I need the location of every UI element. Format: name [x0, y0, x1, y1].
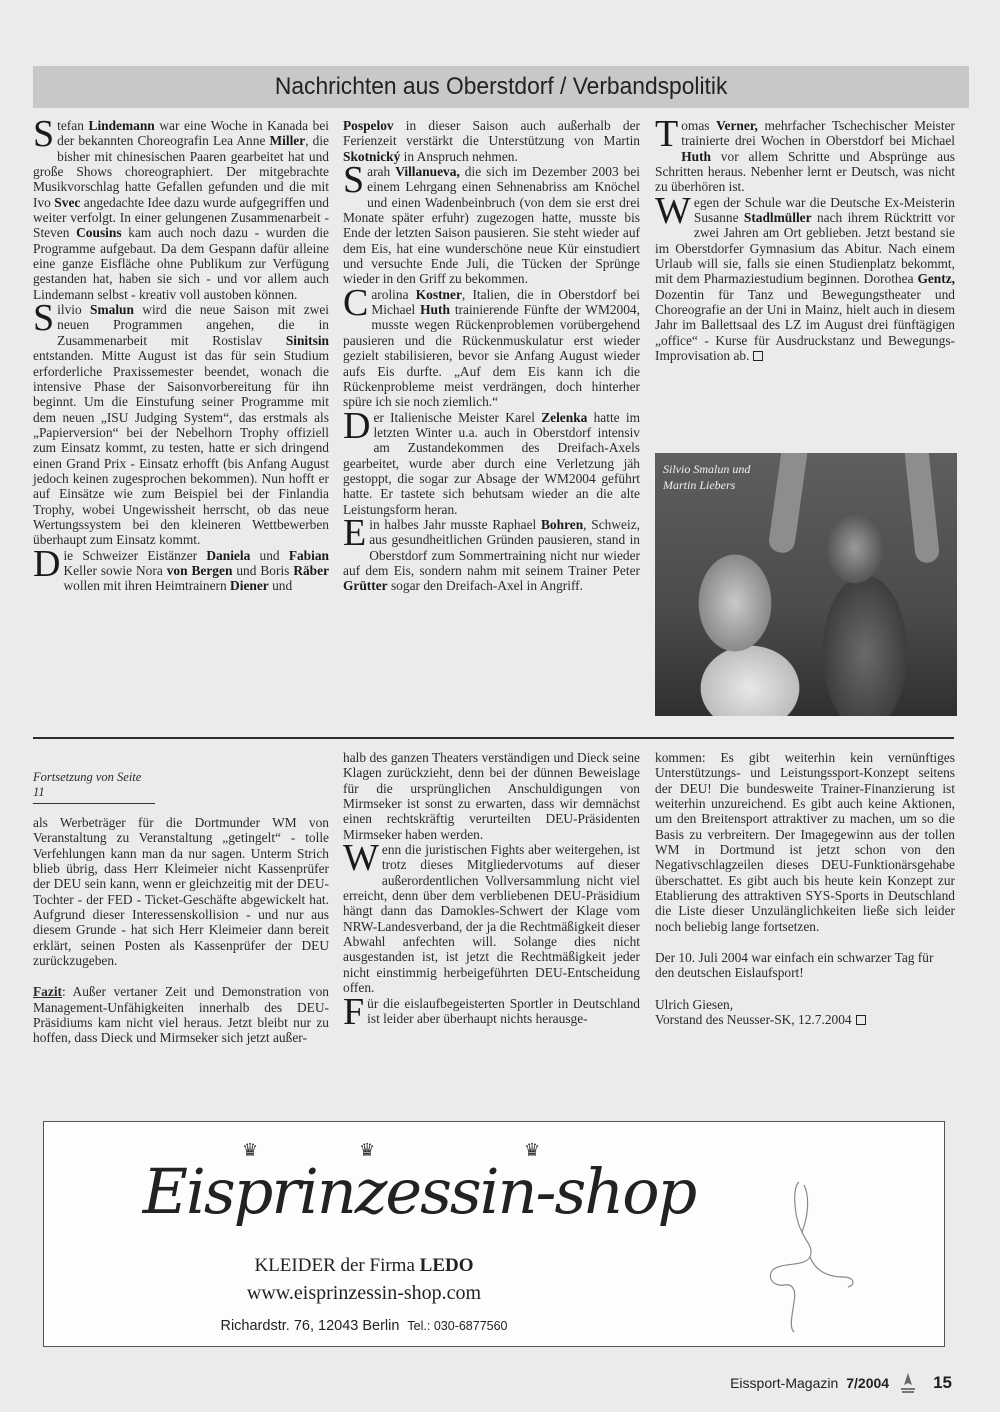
figure-skater-illustration: [744, 1177, 864, 1337]
paragraph-verner: Tomas Verner, mehrfacher Tschechischer M…: [655, 118, 955, 195]
page-title: Nachrichten aus Oberstdorf / Verbandspol…: [275, 73, 727, 101]
text: die sich im Dezember 2003 bei einem Lehr…: [343, 164, 640, 286]
name-highlight: Bohren: [541, 517, 583, 532]
spacer: [655, 934, 955, 950]
text: trainierende Fünfte der WM2004, musste w…: [343, 302, 640, 409]
address: Richardstr. 76, 12043 Berlin: [220, 1318, 399, 1334]
continued-from-label: Fortsetzung von Seite 11: [33, 770, 155, 804]
text: Keller sowie Nora: [63, 563, 166, 578]
paragraph-zelenka: Der Italienische Meister Karel Zelenka h…: [343, 410, 640, 517]
name-highlight: Gentz,: [917, 271, 955, 286]
text: hatte im letzten Winter u.a. auch in Obe…: [343, 410, 640, 517]
paragraph-theater: halb des ganzen Theaters verständigen un…: [343, 750, 640, 842]
text: und: [250, 548, 289, 563]
photo-arm-shape: [767, 453, 808, 554]
name-highlight: Räber: [293, 563, 329, 578]
drop-cap: W: [655, 197, 691, 226]
name-highlight: Fabian: [289, 548, 329, 563]
end-of-article-square-icon: [856, 1015, 866, 1025]
advertisement-eisprinzessin[interactable]: ♛ ♛ ♛ Eisprinzessin-shop KLEIDER der Fir…: [43, 1121, 945, 1347]
text: tefan: [57, 118, 88, 133]
spacer: [655, 981, 955, 997]
page-number: 15: [933, 1373, 952, 1393]
drop-cap: W: [343, 844, 379, 873]
paragraph-stadlmueller: Wegen der Schule war die Deutsche Ex-Mei…: [655, 195, 955, 364]
ad-url-link[interactable]: www.eisprinzessin-shop.com: [44, 1282, 684, 1305]
name-highlight: Sinitsin: [286, 333, 329, 348]
skate-wing-logo-icon: [897, 1371, 919, 1395]
paragraph-schwarzer-tag: Der 10. Juli 2004 war einfach ein schwar…: [655, 950, 955, 981]
paragraph-villanueva: Sarah Villanueva, die sich im Dezember 2…: [343, 164, 640, 287]
name-highlight: Lindemann: [89, 118, 155, 133]
paragraph-fazit: Fazit: Außer vertaner Zeit und Demonstra…: [33, 984, 329, 1045]
name-highlight: Verner,: [716, 118, 758, 133]
paragraph-keller: Die Schweizer Eistänzer Daniela und Fabi…: [33, 548, 329, 594]
text: in Anspruch nehmen.: [400, 149, 518, 164]
text: und Boris: [232, 563, 293, 578]
text: ilvio: [57, 302, 90, 317]
text: Dozentin für Tanz und Bewegungstheater u…: [655, 287, 955, 363]
paragraph-kostner: Carolina Kostner, Italien, die in Oberst…: [343, 287, 640, 410]
text: er Italienische Meister Karel: [373, 410, 541, 425]
drop-cap: S: [343, 166, 364, 195]
paragraph-kleimeier: als Werbeträger für die Dortmunder WM vo…: [33, 815, 329, 968]
text: wollen mit ihren Heimtrainern: [63, 578, 230, 593]
name-highlight: Miller: [270, 133, 306, 148]
continuation-column-1: als Werbeträger für die Dortmunder WM vo…: [33, 815, 329, 1046]
drop-cap: C: [343, 289, 368, 318]
issue-number: 7/2004: [846, 1375, 889, 1391]
ad-tagline: KLEIDER der Firma LEDO: [44, 1255, 684, 1277]
page-title-bar: Nachrichten aus Oberstdorf / Verbandspol…: [33, 66, 969, 108]
paragraph-fights: Wenn die juristischen Fights aber weiter…: [343, 842, 640, 995]
name-highlight: Diener: [230, 578, 269, 593]
photo-skaters: Silvio Smalun und Martin Liebers: [655, 453, 957, 716]
name-highlight: Pospelov: [343, 118, 394, 133]
phone: Tel.: 030-6877560: [407, 1319, 507, 1333]
caption-line: Silvio Smalun und: [663, 461, 750, 477]
paragraph-pospelov: Pospelov in dieser Saison auch außerhalb…: [343, 118, 640, 164]
page-footer: Eissport-Magazin 7/2004 15: [730, 1370, 952, 1396]
caption-line: Martin Liebers: [663, 477, 750, 493]
name-highlight: von Bergen: [167, 563, 233, 578]
text: entstanden. Mitte August ist das für sei…: [33, 348, 329, 547]
text: arah: [367, 164, 395, 179]
paragraph-sportler: Für die eislaufbegeisterten Sportler in …: [343, 996, 640, 1027]
name-highlight: Skotnický: [343, 149, 400, 164]
fazit-label: Fazit: [33, 984, 62, 999]
ad-contact: Richardstr. 76, 12043 BerlinTel.: 030-68…: [44, 1318, 684, 1334]
photo-caption: Silvio Smalun und Martin Liebers: [663, 461, 750, 493]
drop-cap: F: [343, 998, 364, 1027]
text: : Außer vertaner Zeit und Demonstration …: [33, 984, 329, 1045]
name-highlight: Stadlmüller: [744, 210, 812, 225]
paragraph-konzept: kommen: Es gibt weiterhin kein vernünfti…: [655, 750, 955, 934]
magazine-name: Eissport-Magazin: [730, 1375, 838, 1391]
paragraph-lindemann: Stefan Lindemann war eine Woche in Kanad…: [33, 118, 329, 302]
article-column-2: Pospelov in dieser Saison auch außerhalb…: [343, 118, 640, 594]
continuation-column-3: kommen: Es gibt weiterhin kein vernünfti…: [655, 750, 955, 1028]
drop-cap: T: [655, 120, 678, 149]
text: omas: [681, 118, 716, 133]
article-column-1: Stefan Lindemann war eine Woche in Kanad…: [33, 118, 329, 594]
paragraph-bohren: Ein halbes Jahr musste Raphael Bohren, S…: [343, 517, 640, 594]
photo-arm-shape: [904, 453, 940, 564]
drop-cap: D: [33, 550, 60, 579]
article-column-3: Tomas Verner, mehrfacher Tschechischer M…: [655, 118, 955, 364]
end-of-article-square-icon: [753, 351, 763, 361]
name-highlight: Daniela: [206, 548, 250, 563]
text: ür die eislaufbegeisterten Sportler in D…: [367, 996, 640, 1026]
signature-name: Ulrich Giesen,: [655, 997, 955, 1012]
name-highlight: Grütter: [343, 578, 388, 593]
text: und: [269, 578, 292, 593]
name-highlight: Svec: [54, 195, 80, 210]
text: sogar den Dreifach-Axel in Angriff.: [388, 578, 583, 593]
text: Vorstand des Neusser-SK, 12.7.2004: [655, 1012, 852, 1027]
text: ie Schweizer Eistänzer: [63, 548, 206, 563]
name-highlight: Smalun: [90, 302, 134, 317]
continuation-column-2: halb des ganzen Theaters verständigen un…: [343, 750, 640, 1027]
name-highlight: Zelenka: [541, 410, 587, 425]
text: enn die juristischen Fights aber weiterg…: [343, 842, 640, 995]
name-highlight: Huth: [420, 302, 450, 317]
drop-cap: E: [343, 519, 366, 548]
drop-cap: S: [33, 120, 54, 149]
name-highlight: Villanueva,: [395, 164, 460, 179]
name-highlight: Huth: [681, 149, 711, 164]
text: KLEIDER der Firma: [254, 1255, 419, 1276]
text: in halbes Jahr musste Raphael: [369, 517, 541, 532]
paragraph-smalun: Silvio Smalun wird die neue Saison mit z…: [33, 302, 329, 548]
text: arolina: [371, 287, 415, 302]
name-highlight: Kostner: [416, 287, 462, 302]
drop-cap: D: [343, 412, 370, 441]
spacer: [33, 968, 329, 984]
signature-role: Vorstand des Neusser-SK, 12.7.2004: [655, 1012, 955, 1027]
name-highlight: Cousins: [76, 225, 121, 240]
section-divider: [33, 737, 954, 739]
shop-logo: Eisprinzessin-shop: [139, 1144, 699, 1239]
brand-name: LEDO: [420, 1255, 474, 1276]
drop-cap: S: [33, 304, 54, 333]
